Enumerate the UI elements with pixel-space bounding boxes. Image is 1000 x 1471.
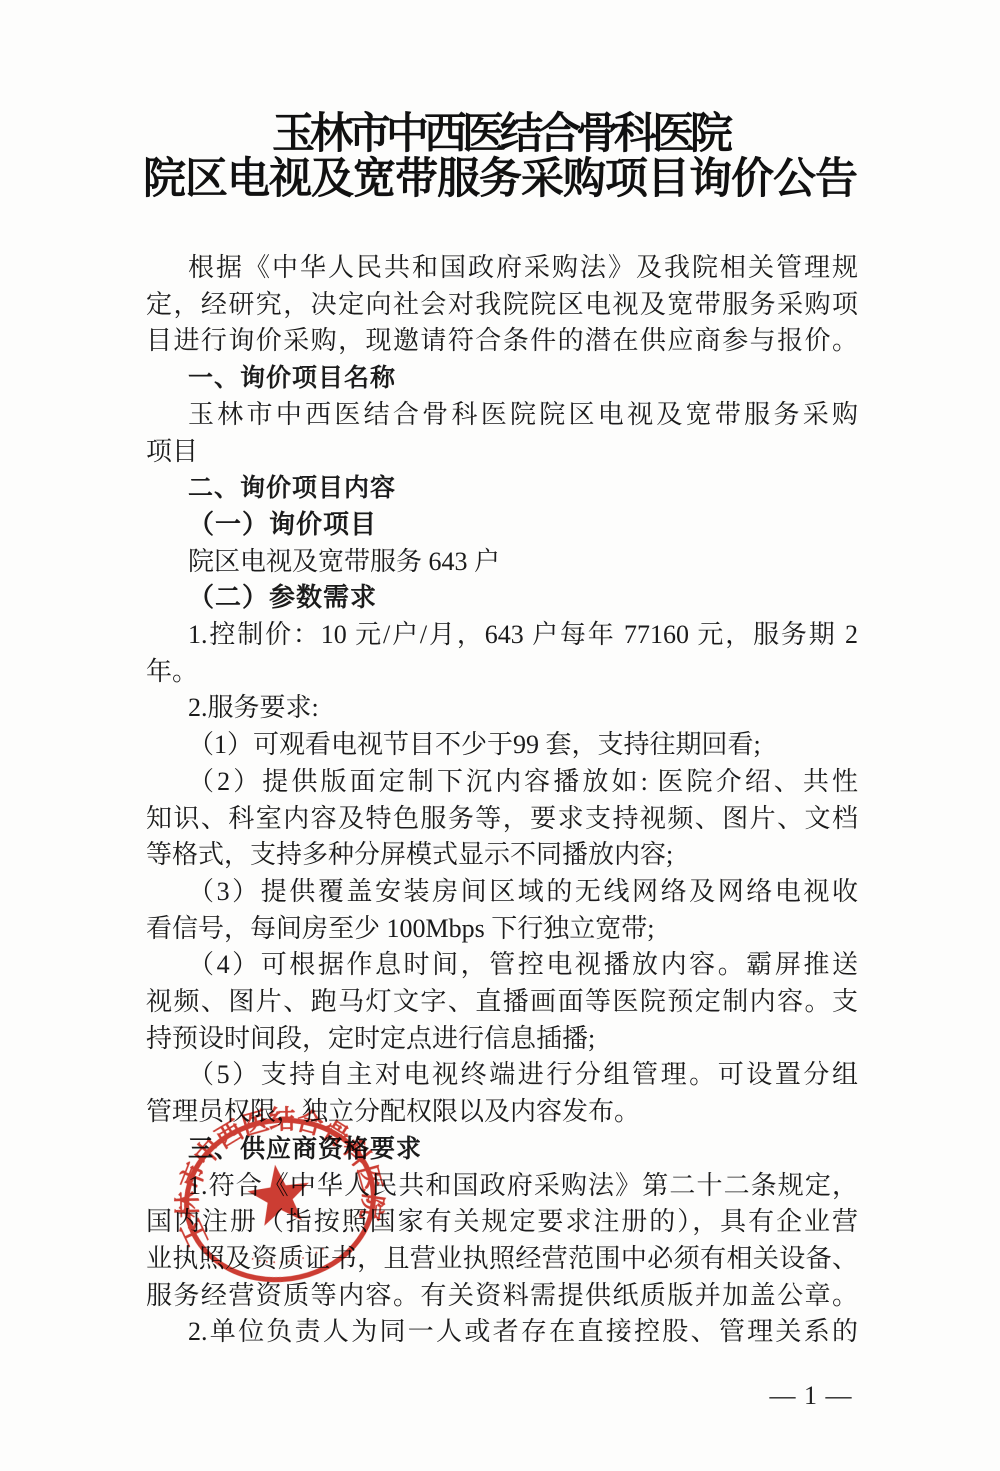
seal-graphic: 玉林市中西医结合骨科医院 ············· <box>156 1088 405 1311</box>
text-line: 一、询价项目名称 <box>146 360 858 397</box>
text-line: 看信号，每间房至少 100Mbps 下行独立宽带; <box>146 911 858 948</box>
text-line: 定，经研究，决定向社会对我院院区电视及宽带服务采购项 <box>146 287 858 324</box>
text-line: （3）提供覆盖安装房间区域的无线网络及网络电视收 <box>146 874 858 911</box>
star-icon <box>244 1160 314 1227</box>
text-line: 等格式，支持多种分屏模式显示不同播放内容; <box>146 837 858 874</box>
text-line: 1.控制价：10 元/户/月，643 户每年 77160 元，服务期 2 <box>146 617 858 654</box>
text-line: 年。 <box>146 654 858 691</box>
text-line: 目进行询价采购，现邀请符合条件的潜在供应商参与报价。 <box>146 323 858 360</box>
text-line: 根据《中华人民共和国政府采购法》及我院相关管理规 <box>146 250 858 287</box>
text-line: （一）询价项目 <box>146 507 858 544</box>
text-line: 知识、科室内容及特色服务等，要求支持视频、图片、文档 <box>146 801 858 838</box>
text-line: 二、询价项目内容 <box>146 470 858 507</box>
text-line: 院区电视及宽带服务 643 户 <box>146 544 858 581</box>
text-line: 视频、图片、跑马灯文字、直播画面等医院预定制内容。支 <box>146 984 858 1021</box>
text-line: （4）可根据作息时间，管控电视播放内容。霸屏推送 <box>146 947 858 984</box>
document-title: 玉林市中西医结合骨科医院 院区电视及宽带服务采购项目询价公告 <box>0 112 1000 203</box>
text-line: （1）可观看电视节目不少于99 套，支持往期回看; <box>146 727 858 764</box>
text-line: （2）提供版面定制下沉内容播放如: 医院介绍、共性 <box>146 764 858 801</box>
text-line: 玉林市中西医结合骨科医院院区电视及宽带服务采购 <box>146 397 858 434</box>
text-line: 2.单位负责人为同一人或者存在直接控股、管理关系的 <box>146 1314 858 1351</box>
text-line: 2.服务要求: <box>146 690 858 727</box>
text-line: （5）支持自主对电视终端进行分组管理。可设置分组 <box>146 1057 858 1094</box>
official-seal: 玉林市中西医结合骨科医院 ············· <box>156 1088 405 1311</box>
text-line: 持预设时间段，定时定点进行信息插播; <box>146 1021 858 1058</box>
title-line-2: 院区电视及宽带服务采购项目询价公告 <box>0 157 1000 203</box>
text-line: 项目 <box>146 434 858 471</box>
page-number: — 1 — <box>756 1381 866 1411</box>
document-page: 玉林市中西医结合骨科医院 院区电视及宽带服务采购项目询价公告 根据《中华人民共和… <box>0 0 1000 1471</box>
text-line: （二）参数需求 <box>146 580 858 617</box>
title-line-1: 玉林市中西医结合骨科医院 <box>0 112 1000 157</box>
